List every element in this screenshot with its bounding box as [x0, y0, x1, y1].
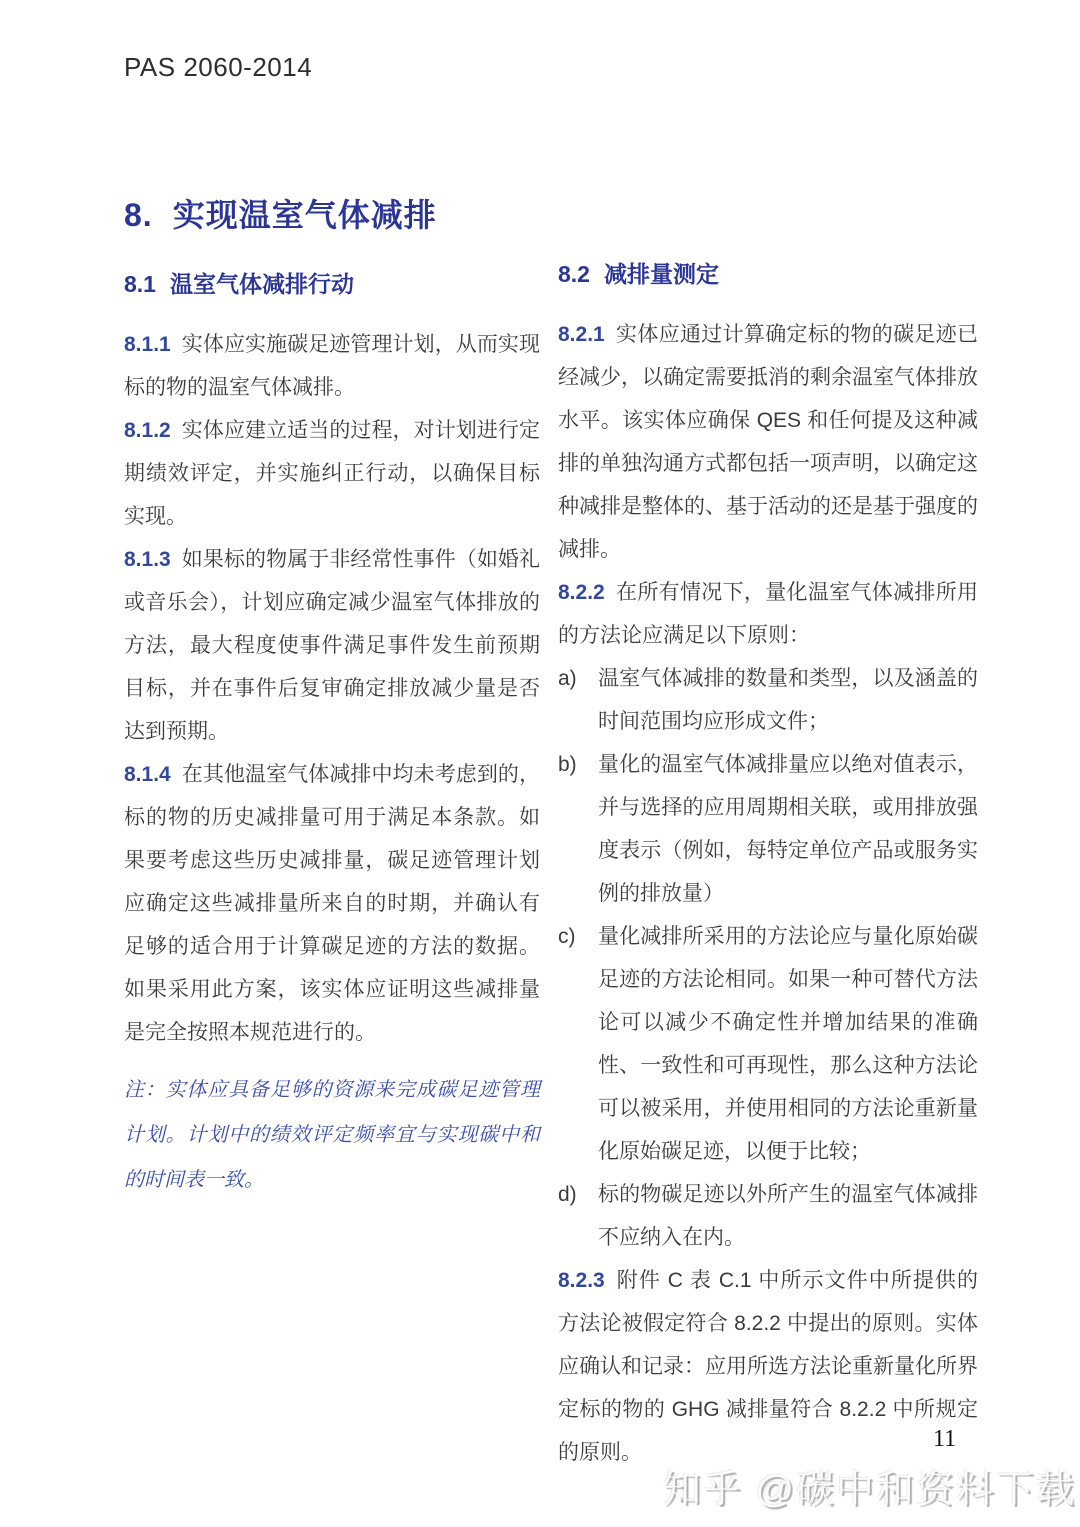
clause-8-1-4: 8.1.4在其他温室气体减排中均未考虑到的，标的物的历史减排量可用于满足本条款。… — [124, 753, 540, 1054]
list-item-c-text: 量化减排所采用的方法论应与量化原始碳足迹的方法论相同。如果一种可替代方法论可以减… — [598, 915, 978, 1173]
subheading-8-2-text: 减排量测定 — [604, 261, 719, 287]
clause-8-2-2: 8.2.2在所有情况下，量化温室气体减排所用的方法论应满足以下原则： — [558, 571, 978, 657]
document-header-title: PAS 2060-2014 — [124, 52, 312, 83]
document-page: PAS 2060-2014 8.实现温室气体减排 8.1温室气体减排行动 8.1… — [0, 0, 1080, 1527]
section-title-text: 实现温室气体减排 — [173, 197, 437, 233]
subheading-8-1-number: 8.1 — [124, 271, 156, 297]
clause-8-2-3-text: 附件 C 表 C.1 中所示文件中所提供的方法论被假定符合 8.2.2 中提出的… — [558, 1269, 978, 1464]
clause-8-2-2-text: 在所有情况下，量化温室气体减排所用的方法论应满足以下原则： — [558, 581, 978, 647]
clause-8-2-2-number: 8.2.2 — [558, 581, 605, 604]
list-item-b-text: 量化的温室气体减排量应以绝对值表示，并与选择的应用周期相关联，或用排放强度表示（… — [598, 743, 978, 915]
list-item-a: a) 温室气体减排的数量和类型，以及涵盖的时间范围均应形成文件； — [558, 657, 978, 743]
clause-8-2-3-number: 8.2.3 — [558, 1269, 605, 1292]
clause-8-1-1: 8.1.1实体应实施碳足迹管理计划，从而实现标的物的温室气体减排。 — [124, 323, 540, 409]
clause-8-1-3-text: 如果标的物属于非经常性事件（如婚礼或音乐会），计划应确定减少温室气体排放的方法，… — [124, 548, 540, 743]
clause-8-1-2: 8.1.2实体应建立适当的过程，对计划进行定期绩效评定，并实施纠正行动，以确保目… — [124, 409, 540, 538]
clause-8-1-4-number: 8.1.4 — [124, 763, 171, 786]
clause-8-1-3-number: 8.1.3 — [124, 548, 171, 571]
clause-8-1-3: 8.1.3如果标的物属于非经常性事件（如婚礼或音乐会），计划应确定减少温室气体排… — [124, 538, 540, 753]
list-item-c-marker: c) — [558, 915, 598, 1173]
list-item-d: d) 标的物碳足迹以外所产生的温室气体减排不应纳入在内。 — [558, 1173, 978, 1259]
principles-list: a) 温室气体减排的数量和类型，以及涵盖的时间范围均应形成文件； b) 量化的温… — [558, 657, 978, 1259]
subheading-8-2: 8.2减排量测定 — [558, 260, 978, 288]
clause-8-2-1: 8.2.1实体应通过计算确定标的物的碳足迹已经减少，以确定需要抵消的剩余温室气体… — [558, 313, 978, 571]
right-column: 8.2减排量测定 8.2.1实体应通过计算确定标的物的碳足迹已经减少，以确定需要… — [558, 260, 978, 1474]
subheading-8-1: 8.1温室气体减排行动 — [124, 270, 540, 298]
subheading-8-2-number: 8.2 — [558, 261, 590, 287]
list-item-d-text: 标的物碳足迹以外所产生的温室气体减排不应纳入在内。 — [598, 1173, 978, 1259]
note-paragraph: 注：实体应具备足够的资源来完成碳足迹管理计划。计划中的绩效评定频率宜与实现碳中和… — [124, 1068, 540, 1203]
clause-8-2-1-number: 8.2.1 — [558, 323, 605, 346]
section-title-number: 8. — [124, 197, 153, 233]
list-item-d-marker: d) — [558, 1173, 598, 1259]
clause-8-1-2-text: 实体应建立适当的过程，对计划进行定期绩效评定，并实施纠正行动，以确保目标实现。 — [124, 419, 540, 528]
list-item-b: b) 量化的温室气体减排量应以绝对值表示，并与选择的应用周期相关联，或用排放强度… — [558, 743, 978, 915]
section-title: 8.实现温室气体减排 — [124, 190, 437, 236]
clause-8-1-1-number: 8.1.1 — [124, 333, 171, 356]
left-column: 8.1温室气体减排行动 8.1.1实体应实施碳足迹管理计划，从而实现标的物的温室… — [124, 270, 540, 1203]
list-item-c: c) 量化减排所采用的方法论应与量化原始碳足迹的方法论相同。如果一种可替代方法论… — [558, 915, 978, 1173]
clause-8-1-2-number: 8.1.2 — [124, 419, 171, 442]
clause-8-2-3: 8.2.3附件 C 表 C.1 中所示文件中所提供的方法论被假定符合 8.2.2… — [558, 1259, 978, 1474]
list-item-a-text: 温室气体减排的数量和类型，以及涵盖的时间范围均应形成文件； — [598, 657, 978, 743]
page-number: 11 — [933, 1426, 956, 1453]
clause-8-1-1-text: 实体应实施碳足迹管理计划，从而实现标的物的温室气体减排。 — [124, 333, 540, 399]
watermark-text: 知乎 @碳中和资料下载 — [663, 1458, 1076, 1513]
subheading-8-1-text: 温室气体减排行动 — [170, 271, 354, 297]
list-item-b-marker: b) — [558, 743, 598, 915]
clause-8-2-1-text: 实体应通过计算确定标的物的碳足迹已经减少，以确定需要抵消的剩余温室气体排放水平。… — [558, 323, 978, 561]
list-item-a-marker: a) — [558, 657, 598, 743]
clause-8-1-4-text: 在其他温室气体减排中均未考虑到的，标的物的历史减排量可用于满足本条款。如果要考虑… — [124, 763, 540, 1044]
